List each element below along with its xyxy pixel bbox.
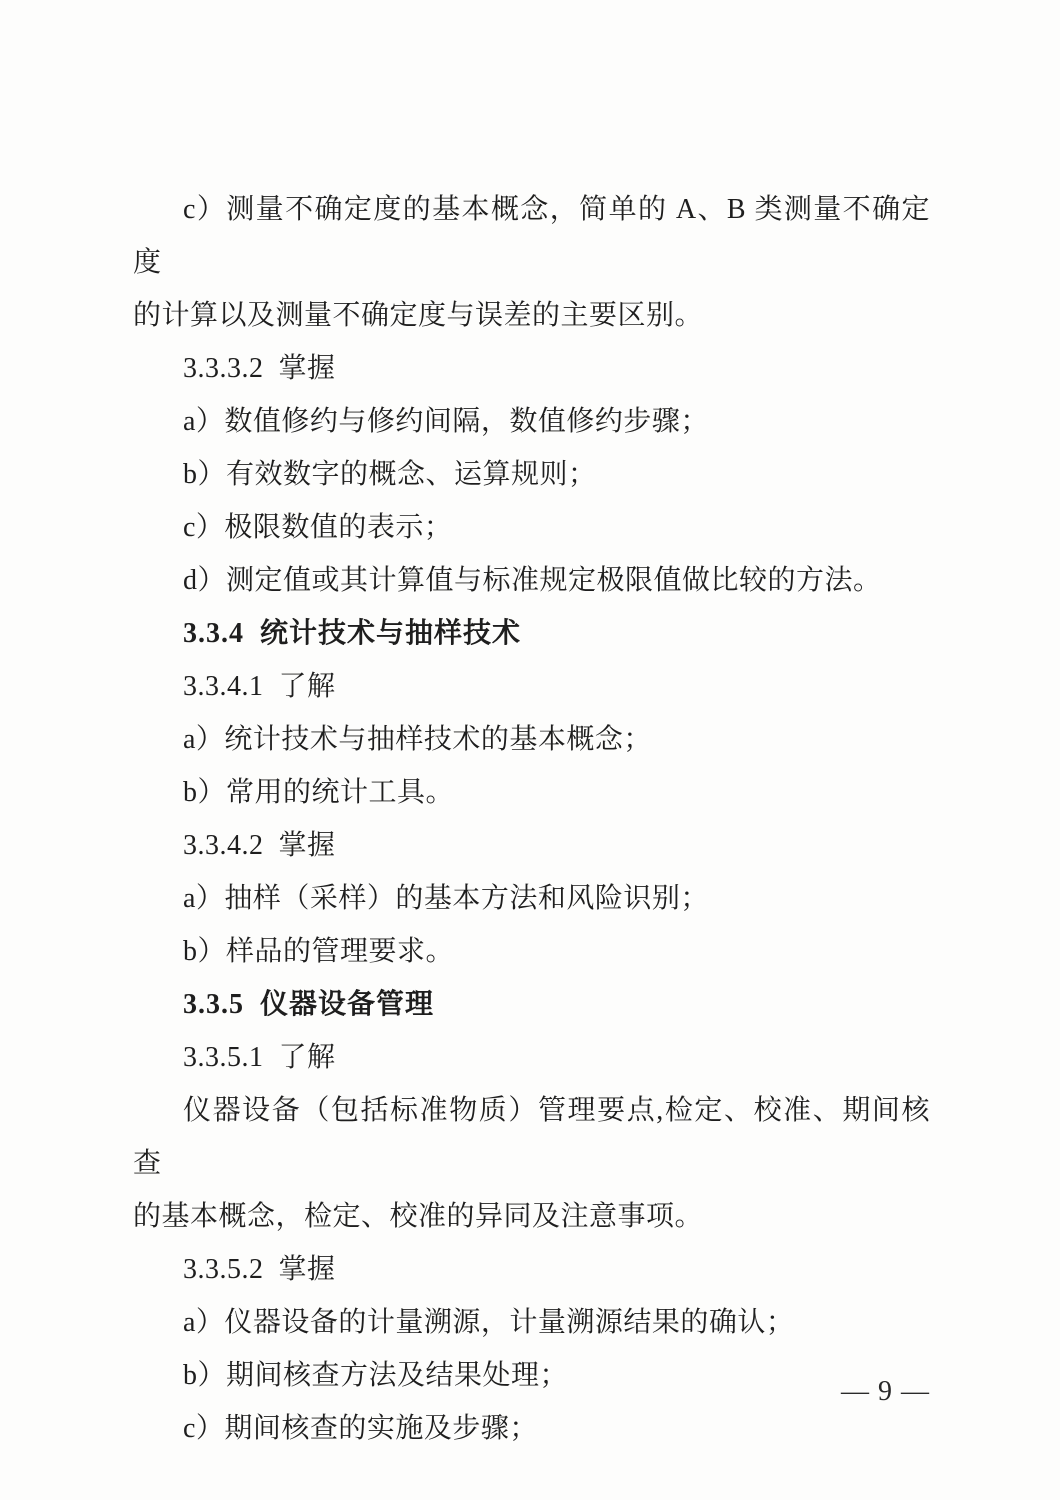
heading-3-3-5-2-grasp: 3.3.5.2 掌握 [133, 1243, 930, 1296]
document-text-block: c）测量不确定度的基本概念，简单的 A、B 类测量不确定度 的计算以及测量不确定… [133, 183, 930, 1455]
heading-3-3-4-2-grasp: 3.3.4.2 掌握 [133, 819, 930, 872]
heading-3-3-4-statistics-sampling: 3.3.4 统计技术与抽样技术 [133, 607, 930, 660]
item-b-common-statistical-tools: b）常用的统计工具。 [133, 766, 930, 819]
heading-3-3-3-2-grasp: 3.3.3.2 掌握 [133, 342, 930, 395]
item-a-numerical-rounding: a）数值修约与修约间隔，数值修约步骤； [133, 395, 930, 448]
item-d-comparison-method: d）测定值或其计算值与标准规定极限值做比较的方法。 [133, 554, 930, 607]
item-a-sampling-methods-risk: a）抽样（采样）的基本方法和风险识别； [133, 872, 930, 925]
item-b-significant-digits: b）有效数字的概念、运算规则； [133, 448, 930, 501]
heading-3-3-5-1-understand: 3.3.5.1 了解 [133, 1031, 930, 1084]
item-c-intermediate-check-steps: c）期间核查的实施及步骤； [133, 1402, 930, 1455]
item-a-statistics-sampling-concepts: a）统计技术与抽样技术的基本概念； [133, 713, 930, 766]
heading-3-3-4-1-understand: 3.3.4.1 了解 [133, 660, 930, 713]
para-measurement-uncertainty-line2: 的计算以及测量不确定度与误差的主要区别。 [133, 289, 930, 342]
item-b-intermediate-check-methods: b）期间核查方法及结果处理； [133, 1349, 930, 1402]
document-page: c）测量不确定度的基本概念，简单的 A、B 类测量不确定度 的计算以及测量不确定… [0, 0, 1060, 1500]
item-b-sample-management: b）样品的管理要求。 [133, 925, 930, 978]
page-number: — 9 — [841, 1377, 930, 1407]
para-instrument-equipment-line1: 仪器设备（包括标准物质）管理要点,检定、校准、期间核查 [133, 1084, 930, 1190]
item-a-metrological-traceability: a）仪器设备的计量溯源，计量溯源结果的确认； [133, 1296, 930, 1349]
para-instrument-equipment-line2: 的基本概念，检定、校准的异同及注意事项。 [133, 1190, 930, 1243]
para-measurement-uncertainty-line1: c）测量不确定度的基本概念，简单的 A、B 类测量不确定度 [133, 183, 930, 289]
item-c-limit-values: c）极限数值的表示； [133, 501, 930, 554]
heading-3-3-5-instrument-management: 3.3.5 仪器设备管理 [133, 978, 930, 1031]
